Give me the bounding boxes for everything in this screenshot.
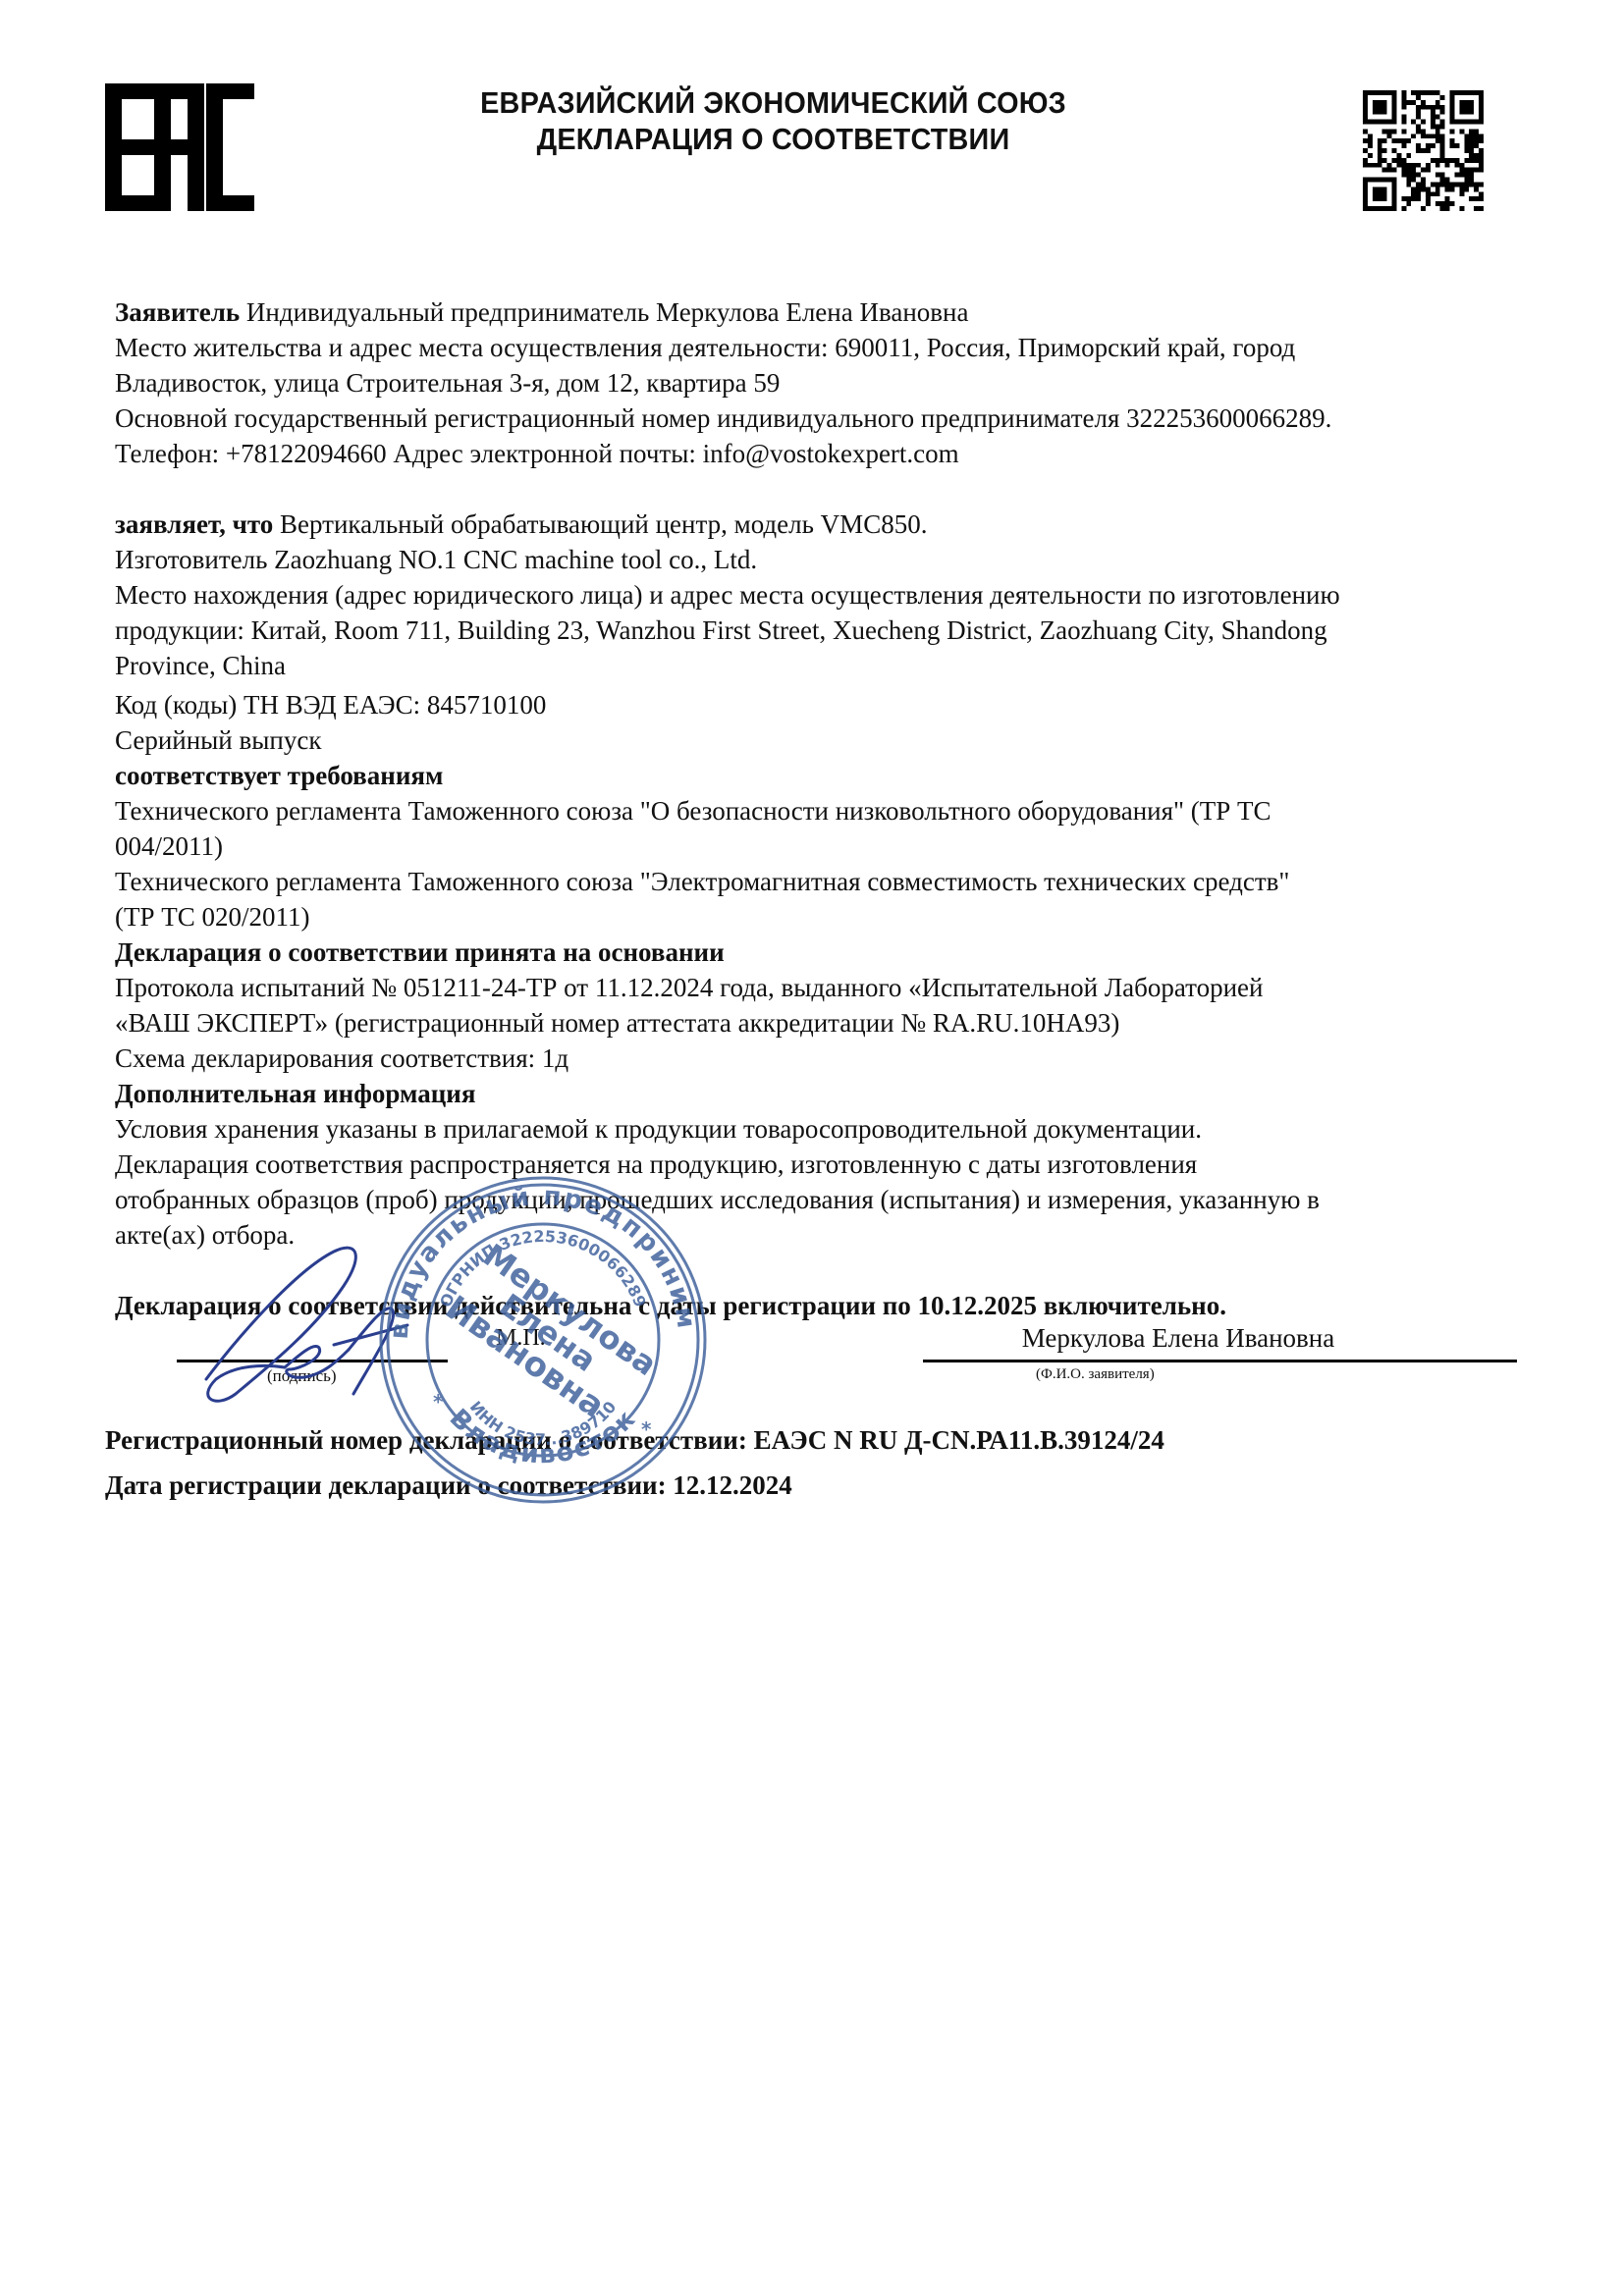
declaration-scheme: Схема декларирования соответствия: 1д <box>115 1041 1529 1076</box>
seal-label: М.П. <box>496 1325 546 1352</box>
applicant-contacts: Телефон: +78122094660 Адрес электронной … <box>115 436 1529 471</box>
declaration-body: Заявитель Индивидуальный предприниматель… <box>115 294 1529 1253</box>
document-title: ЕВРАЗИЙСКИЙ ЭКОНОМИЧЕСКИЙ СОЮЗ ДЕКЛАРАЦИ… <box>383 84 1163 157</box>
qr-code-icon[interactable] <box>1363 90 1484 211</box>
applicant-ogrnip: Основной государственный регистрационный… <box>115 400 1529 436</box>
registration-date: Дата регистрации декларации о соответств… <box>105 1470 792 1501</box>
protocol-line2: «ВАШ ЭКСПЕРТ» (регистрационный номер атт… <box>115 1005 1529 1041</box>
basis-heading: Декларация о соответствии принята на осн… <box>115 934 1529 970</box>
declaration-title: ДЕКЛАРАЦИЯ О СООТВЕТСТВИИ <box>383 121 1163 157</box>
product-name: Вертикальный обрабатывающий центр, модел… <box>280 509 927 539</box>
additional-heading-text: Дополнительная информация <box>115 1079 475 1108</box>
requirement-2-line2: (ТР ТС 020/2011) <box>115 899 1529 934</box>
requirement-1-line1: Технического регламента Таможенного союз… <box>115 793 1529 828</box>
signatory-name: Меркулова Елена Ивановна <box>923 1323 1434 1354</box>
stamp-star-left: * <box>433 1390 444 1414</box>
release-type: Серийный выпуск <box>115 722 1529 758</box>
declares-label: заявляет, что <box>115 509 273 539</box>
name-line <box>923 1360 1517 1362</box>
eac-logo-icon <box>105 83 254 211</box>
manufacturer-location-line1: Место нахождения (адрес юридического лиц… <box>115 577 1529 613</box>
declares-line: заявляет, что Вертикальный обрабатывающи… <box>115 507 1529 542</box>
additional-line3: отобранных образцов (проб) продукции, пр… <box>115 1182 1529 1217</box>
manufacturer-location-line3: Province, China <box>115 648 1529 683</box>
applicant-address-line2: Владивосток, улица Строительная 3-я, дом… <box>115 365 1529 400</box>
applicant-address-line1: Место жительства и адрес места осуществл… <box>115 330 1529 365</box>
validity-statement: Декларация о соответствии действительна … <box>115 1288 1529 1323</box>
signature-line <box>177 1360 448 1362</box>
union-title: ЕВРАЗИЙСКИЙ ЭКОНОМИЧЕСКИЙ СОЮЗ <box>383 84 1163 121</box>
declaration-page: ЕВРАЗИЙСКИЙ ЭКОНОМИЧЕСКИЙ СОЮЗ ДЕКЛАРАЦИ… <box>0 0 1623 2296</box>
additional-line2: Декларация соответствия распространяется… <box>115 1147 1529 1182</box>
additional-line1: Условия хранения указаны в прилагаемой к… <box>115 1111 1529 1147</box>
manufacturer-location-line2: продукции: Китай, Room 711, Building 23,… <box>115 613 1529 648</box>
additional-heading: Дополнительная информация <box>115 1076 1529 1111</box>
additional-line4: акте(ах) отбора. <box>115 1217 1529 1253</box>
requirements-heading-text: соответствует требованиям <box>115 761 443 790</box>
requirement-1-line2: 004/2011) <box>115 828 1529 864</box>
applicant-label: Заявитель <box>115 297 240 327</box>
applicant-line: Заявитель Индивидуальный предприниматель… <box>115 294 1529 330</box>
protocol-line1: Протокола испытаний № 051211-24-ТР от 11… <box>115 970 1529 1005</box>
name-caption: (Ф.И.О. заявителя) <box>1036 1366 1155 1383</box>
manufacturer: Изготовитель Zaozhuang NO.1 CNC machine … <box>115 542 1529 577</box>
hs-code: Код (коды) ТН ВЭД ЕАЭС: 845710100 <box>115 687 1529 722</box>
applicant-name: Индивидуальный предприниматель Меркулова… <box>246 297 969 327</box>
basis-heading-text: Декларация о соответствии принята на осн… <box>115 937 725 967</box>
requirement-2-line1: Технического регламента Таможенного союз… <box>115 864 1529 899</box>
signature-caption: (подпись) <box>267 1366 337 1386</box>
registration-number: Регистрационный номер декларации о соотв… <box>105 1425 1164 1456</box>
requirements-heading: соответствует требованиям <box>115 758 1529 793</box>
